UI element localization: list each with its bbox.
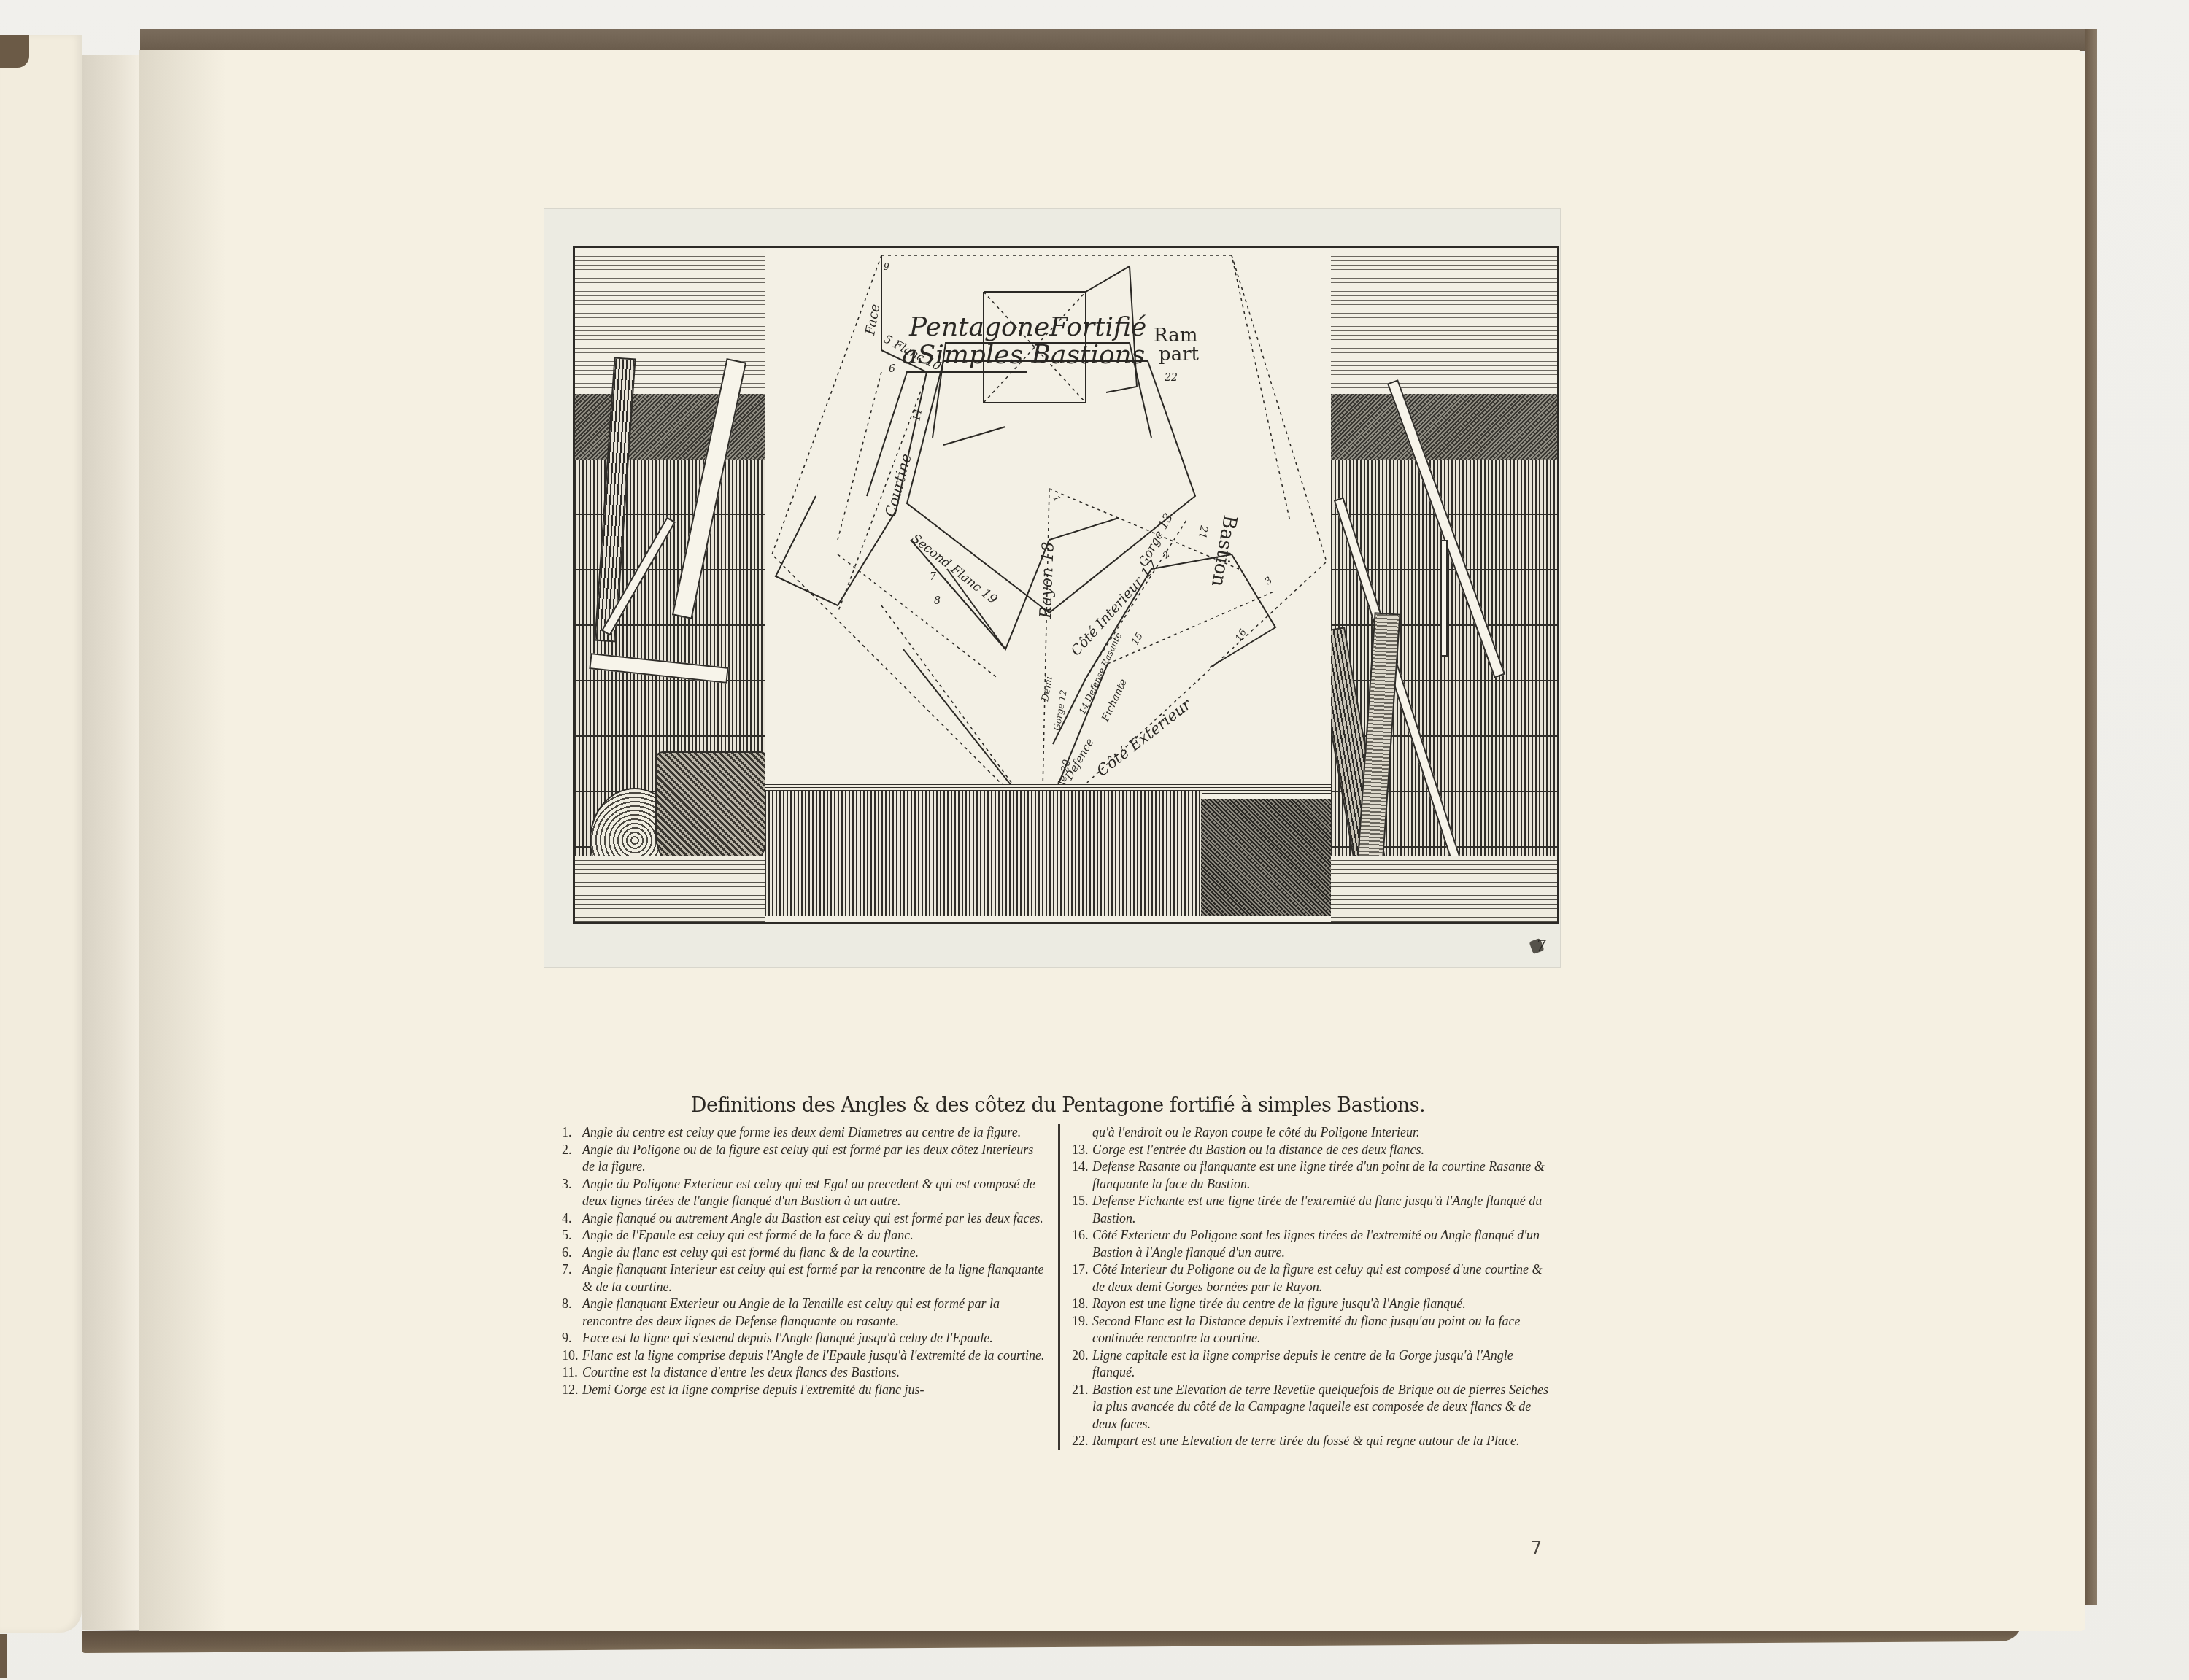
label-second-flanc: Second Flanc 19 bbox=[908, 531, 1000, 607]
plate-number: 7 bbox=[1536, 937, 1546, 956]
definition-item: 17.Côté Interieur du Poligone ou de la f… bbox=[1072, 1261, 1554, 1296]
label-15: 15 bbox=[1130, 631, 1145, 647]
tripod-leg-tool bbox=[1440, 540, 1448, 657]
definitions-right-column: qu'à l'endroit ou le Rayon coupe le côté… bbox=[1058, 1124, 1554, 1450]
stone-block-side bbox=[1201, 799, 1331, 916]
definition-item: 7.Angle flanquant Interieur est celuy qu… bbox=[562, 1261, 1045, 1296]
right-scenery-panel bbox=[1331, 248, 1557, 922]
ground-hatching bbox=[575, 856, 765, 922]
binding-tab bbox=[0, 35, 29, 68]
gutter-shadow bbox=[139, 50, 226, 1631]
label-16: 16 bbox=[1233, 627, 1248, 643]
label-demi-gorge: Gorge 12 bbox=[1051, 689, 1069, 732]
definition-continuation: qu'à l'endroit ou le Rayon coupe le côté… bbox=[1072, 1124, 1554, 1142]
definition-item: 15.Defense Fichante est une ligne tirée … bbox=[1072, 1193, 1554, 1227]
label-bastion: Bastion bbox=[1207, 514, 1241, 589]
caption-title: Definitions des Angles & des côtez du Pe… bbox=[562, 1094, 1554, 1117]
definitions-columns: 1.Angle du centre est celuy que forme le… bbox=[562, 1124, 1554, 1450]
definition-item: 1.Angle du centre est celuy que forme le… bbox=[562, 1124, 1045, 1142]
stone-block-front bbox=[765, 791, 1202, 916]
ground-hatching bbox=[1331, 856, 1557, 922]
definition-item: 6.Angle du flanc est celuy qui est formé… bbox=[562, 1244, 1045, 1262]
label-gorge: Gorge 13 bbox=[1136, 511, 1176, 569]
definition-item: 8.Angle flanquant Exterieur ou Angle de … bbox=[562, 1296, 1045, 1330]
definition-item: 2.Angle du Poligone ou de la figure est … bbox=[562, 1142, 1045, 1176]
definition-item: 4.Angle flanqué ou autrement Angle du Ba… bbox=[562, 1210, 1045, 1228]
label-3: 3 bbox=[1263, 575, 1275, 587]
handwritten-page-number: 7 bbox=[1531, 1538, 1542, 1558]
label-face: Face bbox=[862, 303, 883, 337]
definition-item: 14.Defense Rasante ou flanquante est une… bbox=[1072, 1158, 1554, 1193]
label-courtine: Courtine bbox=[881, 452, 915, 519]
book-cover-right-edge bbox=[2085, 29, 2097, 1605]
label-rampart-num: 22 bbox=[1164, 372, 1178, 384]
label-fichante: Fichante bbox=[1100, 677, 1130, 724]
definition-item: 10.Flanc est la ligne comprise depuis l'… bbox=[562, 1347, 1045, 1365]
definition-item: 5.Angle de l'Epaule est celuy qui est fo… bbox=[562, 1227, 1045, 1244]
definition-item: 21.Bastion est une Elevation de terre Re… bbox=[1072, 1382, 1554, 1433]
diagram-title-line1: PentagoneFortifié bbox=[908, 312, 1146, 342]
definition-item: 20.Ligne capitale est la ligne comprise … bbox=[1072, 1347, 1554, 1382]
label-2: 2 bbox=[1160, 549, 1172, 561]
label-8: 8 bbox=[934, 595, 941, 607]
book-cover-top-edge bbox=[140, 29, 2092, 51]
label-6: 6 bbox=[889, 363, 895, 375]
definitions-left-column: 1.Angle du centre est celuy que forme le… bbox=[562, 1124, 1058, 1450]
definition-item: 12.Demi Gorge est la ligne comprise depu… bbox=[562, 1382, 1045, 1399]
label-11: 11 bbox=[911, 407, 924, 422]
definition-item: 19.Second Flanc est la Distance depuis l… bbox=[1072, 1313, 1554, 1347]
label-rayon: Rayon 18 bbox=[1037, 541, 1058, 619]
sky-hatching bbox=[1331, 248, 1557, 416]
label-demi: Demi bbox=[1040, 676, 1055, 703]
label-1: 1 bbox=[1051, 494, 1062, 504]
engraving: PentagoneFortifié aSimples Bastions Ram … bbox=[573, 246, 1559, 924]
label-9: 9 bbox=[884, 262, 889, 272]
definition-item: 13.Gorge est l'entrée du Bastion ou la d… bbox=[1072, 1142, 1554, 1159]
label-7: 7 bbox=[930, 571, 936, 583]
definition-item: 11.Courtine est la distance d'entre les … bbox=[562, 1364, 1045, 1382]
diagram-panel: PentagoneFortifié aSimples Bastions Ram … bbox=[765, 248, 1331, 922]
definition-item: 22.Rampart est une Elevation de terre ti… bbox=[1072, 1433, 1554, 1450]
definition-item: 18.Rayon est une ligne tirée du centre d… bbox=[1072, 1296, 1554, 1313]
definition-item: 16.Côté Exterieur du Poligone sont les l… bbox=[1072, 1227, 1554, 1261]
left-scenery-panel bbox=[575, 248, 765, 922]
binding-tag bbox=[0, 1634, 7, 1678]
left-page-edge bbox=[0, 35, 82, 1633]
label-defence: Defence bbox=[1062, 736, 1096, 783]
label-rampart-2: part bbox=[1159, 344, 1200, 365]
label-21: 21 bbox=[1196, 524, 1210, 539]
definition-item: 9.Face est la ligne qui s'estend depuis … bbox=[562, 1330, 1045, 1347]
book-gutter bbox=[82, 55, 140, 1630]
definition-item: 3.Angle du Poligone Exterieur est celuy … bbox=[562, 1176, 1045, 1210]
definitions-caption: Definitions des Angles & des côtez du Pe… bbox=[562, 1094, 1554, 1450]
